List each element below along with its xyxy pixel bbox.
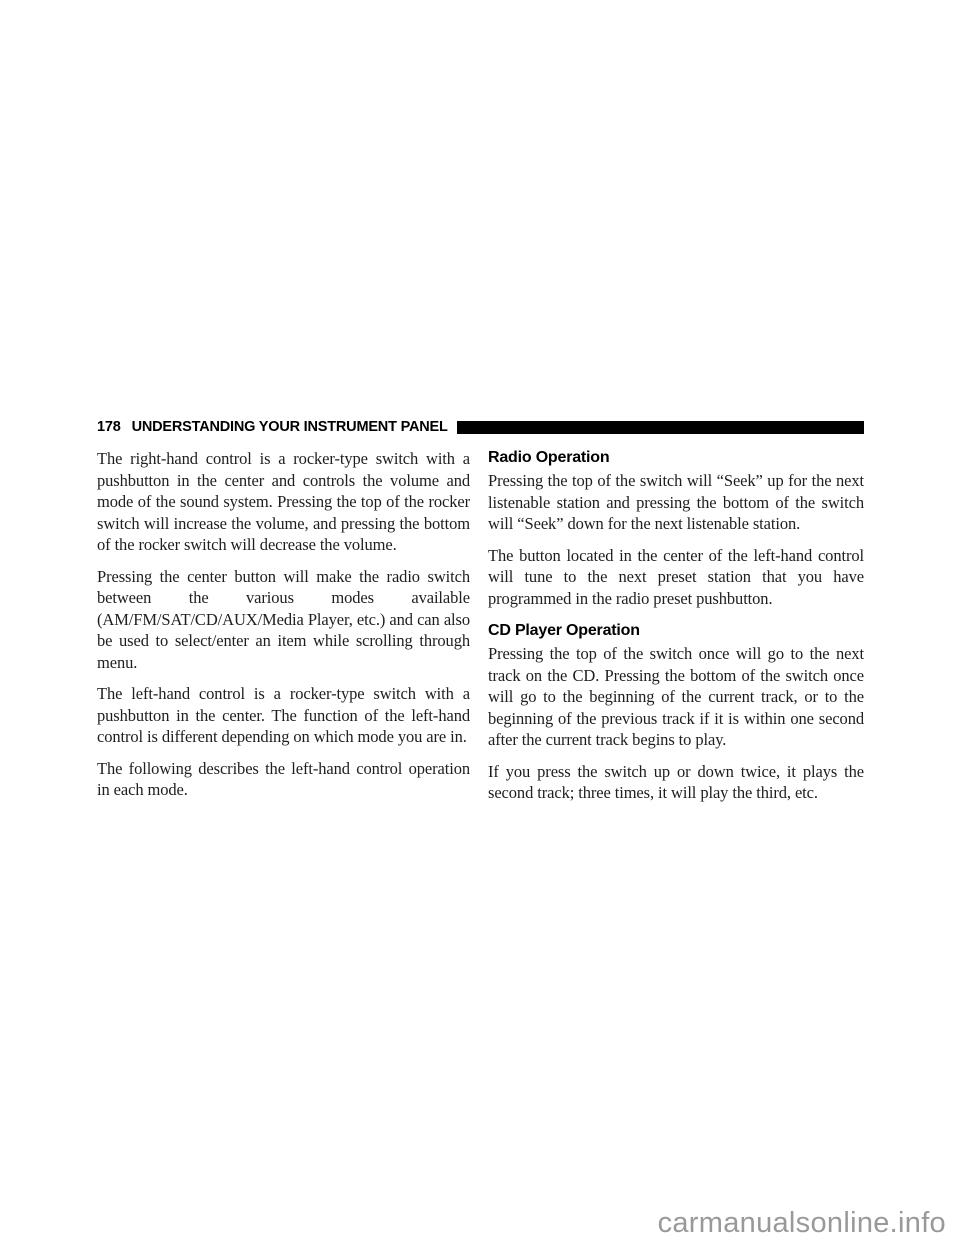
two-column-body: The right-hand control is a rocker-type … <box>97 448 864 804</box>
paragraph: The right-hand control is a rocker-type … <box>97 448 470 556</box>
section-heading: CD Player Operation <box>488 621 864 640</box>
paragraph: Pressing the top of the switch once will… <box>488 643 864 751</box>
section-cd-player-operation: CD Player Operation Pressing the top of … <box>488 621 864 804</box>
paragraph: The following describes the left-hand co… <box>97 758 470 801</box>
page-header: 178 UNDERSTANDING YOUR INSTRUMENT PANEL <box>97 419 864 435</box>
header-rule-bar <box>457 421 864 434</box>
right-column: Radio Operation Pressing the top of the … <box>488 448 864 804</box>
paragraph: If you press the switch up or down twice… <box>488 761 864 804</box>
manual-page-content: 178 UNDERSTANDING YOUR INSTRUMENT PANEL … <box>97 419 864 804</box>
section-radio-operation: Radio Operation Pressing the top of the … <box>488 448 864 609</box>
page-number: 178 <box>97 419 121 435</box>
section-heading: Radio Operation <box>488 448 864 467</box>
paragraph: The left-hand control is a rocker-type s… <box>97 683 470 748</box>
paragraph: Pressing the top of the switch will “See… <box>488 470 864 535</box>
paragraph: Pressing the center button will make the… <box>97 566 470 674</box>
paragraph: The button located in the center of the … <box>488 545 864 610</box>
site-watermark: carmanualsonline.info <box>658 1207 946 1240</box>
page-title: UNDERSTANDING YOUR INSTRUMENT PANEL <box>132 419 448 435</box>
left-column: The right-hand control is a rocker-type … <box>97 448 470 804</box>
